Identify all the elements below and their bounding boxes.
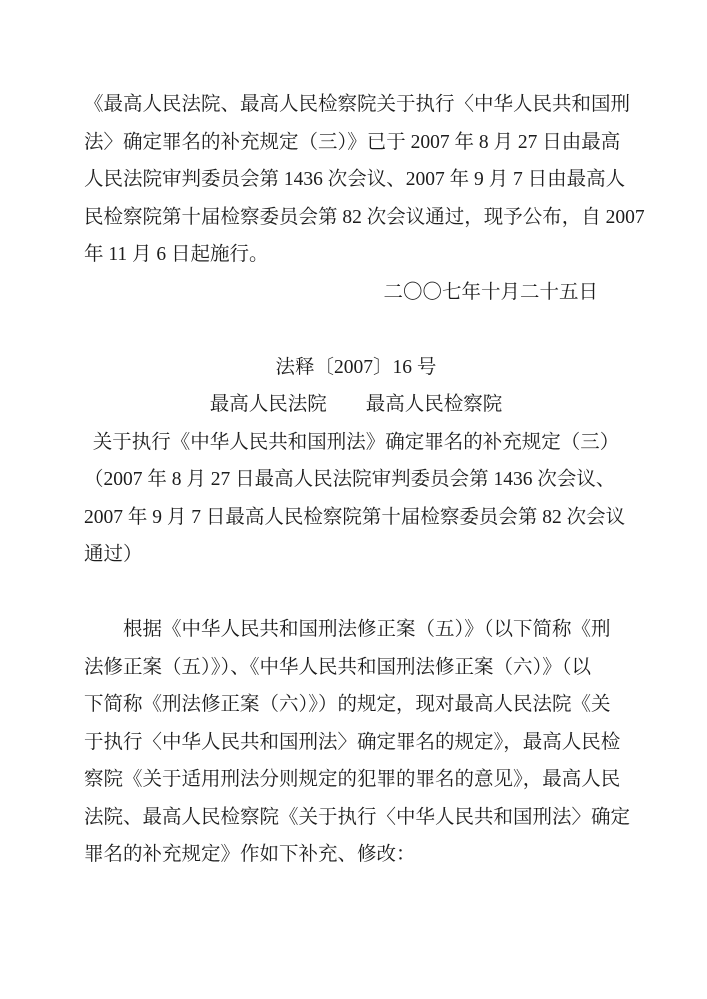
doc-line-body-4: 于执行〈中华人民共和国刑法〉确定罪名的规定》，最高人民检 [84, 724, 628, 762]
doc-line-body-7: 罪名的补充规定》作如下补充、修改： [84, 836, 628, 874]
doc-line-body-3: 下简称《刑法修正案（六）》）的规定，现对最高人民法院《关 [84, 686, 628, 724]
doc-line-issue-date: 二〇〇七年十月二十五日 [84, 274, 628, 312]
doc-line-blank-2 [84, 574, 628, 612]
doc-line-body-2: 法修正案（五）》）、《中华人民共和国刑法修正案（六）》（以 [84, 649, 628, 687]
doc-line-body-5: 察院《关于适用刑法分则规定的犯罪的罪名的意见》，最高人民 [84, 761, 628, 799]
doc-line-body-6: 法院、最高人民检察院《关于执行〈中华人民共和国刑法〉确定 [84, 799, 628, 837]
doc-line-adoption-note-2: 2007 年 9 月 7 日最高人民检察院第十届检察委员会第 82 次会议 [84, 499, 628, 537]
doc-line-blank-1 [84, 311, 628, 349]
doc-line-issuing-bodies: 最高人民法院 最高人民检察院 [84, 386, 628, 424]
doc-line-announcement-4: 民检察院第十届检察委员会第 82 次会议通过，现予公布，自 2007 [84, 199, 628, 237]
doc-line-announcement-5: 年 11 月 6 日起施行。 [84, 236, 628, 274]
doc-line-adoption-note-3: 通过） [84, 536, 628, 574]
doc-line-title: 关于执行《中华人民共和国刑法》确定罪名的补充规定（三） [84, 424, 628, 462]
doc-line-announcement-1: 《最高人民法院、最高人民检察院关于执行〈中华人民共和国刑 [84, 86, 628, 124]
document-body: 《最高人民法院、最高人民检察院关于执行〈中华人民共和国刑 法〉确定罪名的补充规定… [84, 86, 628, 874]
doc-line-announcement-2: 法〉确定罪名的补充规定（三）》已于 2007 年 8 月 27 日由最高 [84, 124, 628, 162]
doc-line-announcement-3: 人民法院审判委员会第 1436 次会议、2007 年 9 月 7 日由最高人 [84, 161, 628, 199]
document-page: 《最高人民法院、最高人民检察院关于执行〈中华人民共和国刑 法〉确定罪名的补充规定… [0, 0, 707, 999]
doc-line-body-1: 根据《中华人民共和国刑法修正案（五）》（以下简称《刑 [84, 611, 628, 649]
doc-line-adoption-note-1: （2007 年 8 月 27 日最高人民法院审判委员会第 1436 次会议、 [84, 461, 628, 499]
doc-line-document-number: 法释〔2007〕16 号 [84, 349, 628, 387]
